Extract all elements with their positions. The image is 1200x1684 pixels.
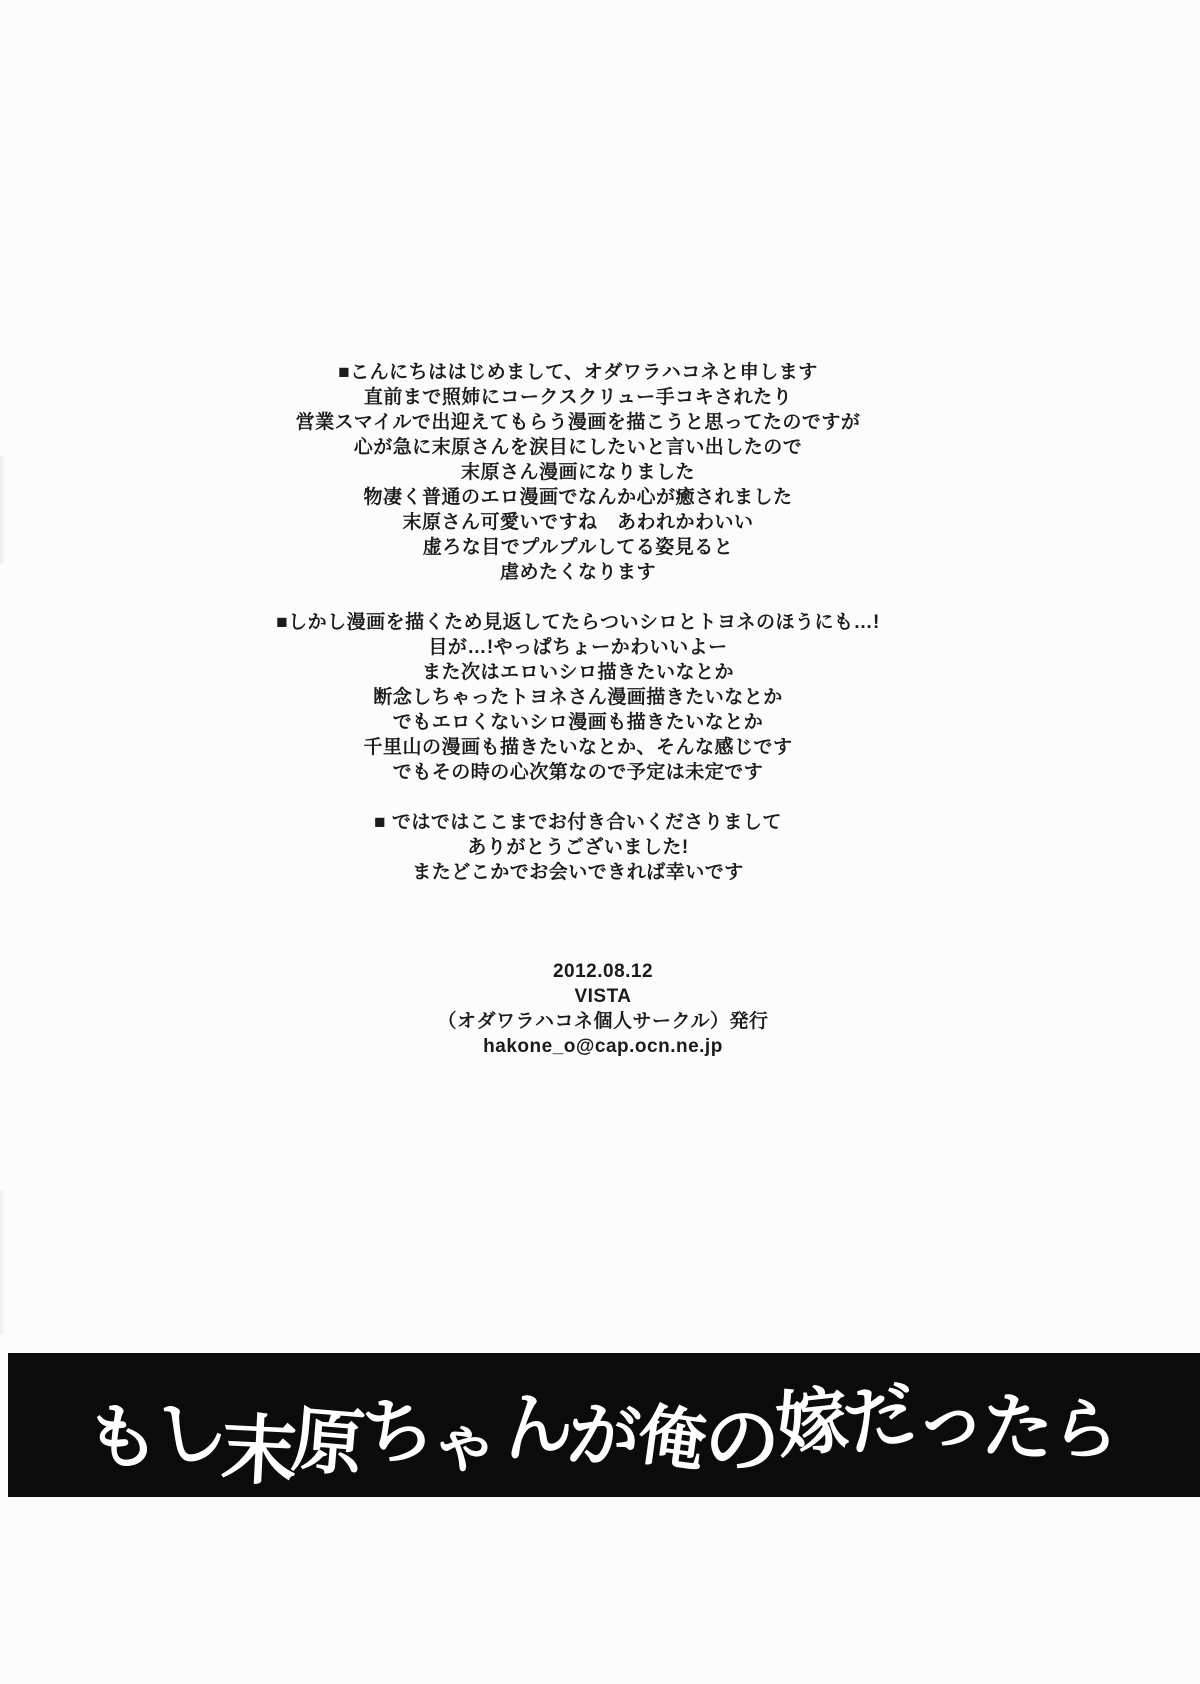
afterword-line: 虐めたくなります (0, 560, 1156, 585)
afterword-paragraph-thanks: ■ ではではここまでお付き合いくださりまして ありがとうございました! またどこ… (0, 810, 1156, 885)
afterword-line: でもその時の心次第なので予定は未定です (0, 760, 1156, 785)
afterword-line: ありがとうございました! (0, 835, 1156, 860)
afterword-paragraph-greeting: ■こんにちははじめまして、オダワラハコネと申します 直前まで照姉にコークスクリュ… (0, 360, 1156, 585)
title-banner: もし末原ちゃんが俺の嫁だったら (8, 1353, 1200, 1497)
afterword-line: 断念しちゃったトヨネさん漫画描きたいなとか (0, 685, 1156, 710)
afterword-line: 直前まで照姉にコークスクリュー手コキされたり (0, 385, 1156, 410)
afterword-line: 末原さん可愛いですね あわれかわいい (0, 510, 1156, 535)
afterword-line: でもエロくないシロ漫画も描きたいなとか (0, 710, 1156, 735)
afterword-line: ■しかし漫画を描くため見返してたらついシロとトヨネのほうにも…! (0, 610, 1156, 635)
scan-edge-artifact (0, 1190, 5, 1335)
colophon-publisher: （オダワラハコネ個人サークル）発行 (6, 1009, 1200, 1034)
afterword-line: ■ ではではここまでお付き合いくださりまして (0, 810, 1156, 835)
afterword-paragraph-next-plans: ■しかし漫画を描くため見返してたらついシロとトヨネのほうにも…! 目が…!やっぱ… (0, 610, 1156, 785)
afterword-line: ■こんにちははじめまして、オダワラハコネと申します (0, 360, 1156, 385)
afterword-line: 末原さん漫画になりました (0, 460, 1156, 485)
afterword-line: 心が急に末原さんを涙目にしたいと言い出したので (0, 435, 1156, 460)
colophon-circle-name: VISTA (6, 984, 1200, 1009)
afterword-line: またどこかでお会いできれば幸いです (0, 860, 1156, 885)
afterword-line: 物凄く普通のエロ漫画でなんか心が癒されました (0, 485, 1156, 510)
afterword-line: 千里山の漫画も描きたいなとか、そんな感じです (0, 735, 1156, 760)
afterword-line: 目が…!やっぱちょーかわいいよー (0, 635, 1156, 660)
afterword-line: 営業スマイルで出迎えてもらう漫画を描こうと思ってたのですが (0, 410, 1156, 435)
banner-title: もし末原ちゃんが俺の嫁だったら (85, 1362, 1122, 1488)
afterword-line: また次はエロいシロ描きたいなとか (0, 660, 1156, 685)
colophon: 2012.08.12 VISTA （オダワラハコネ個人サークル）発行 hakon… (6, 959, 1200, 1059)
colophon-email: hakone_o@cap.ocn.ne.jp (6, 1034, 1200, 1059)
afterword-text: ■こんにちははじめまして、オダワラハコネと申します 直前まで照姉にコークスクリュ… (0, 360, 1156, 885)
afterword-page: ■こんにちははじめまして、オダワラハコネと申します 直前まで照姉にコークスクリュ… (0, 0, 1200, 1684)
afterword-line: 虚ろな目でプルプルしてる姿見ると (0, 535, 1156, 560)
colophon-date: 2012.08.12 (6, 959, 1200, 984)
